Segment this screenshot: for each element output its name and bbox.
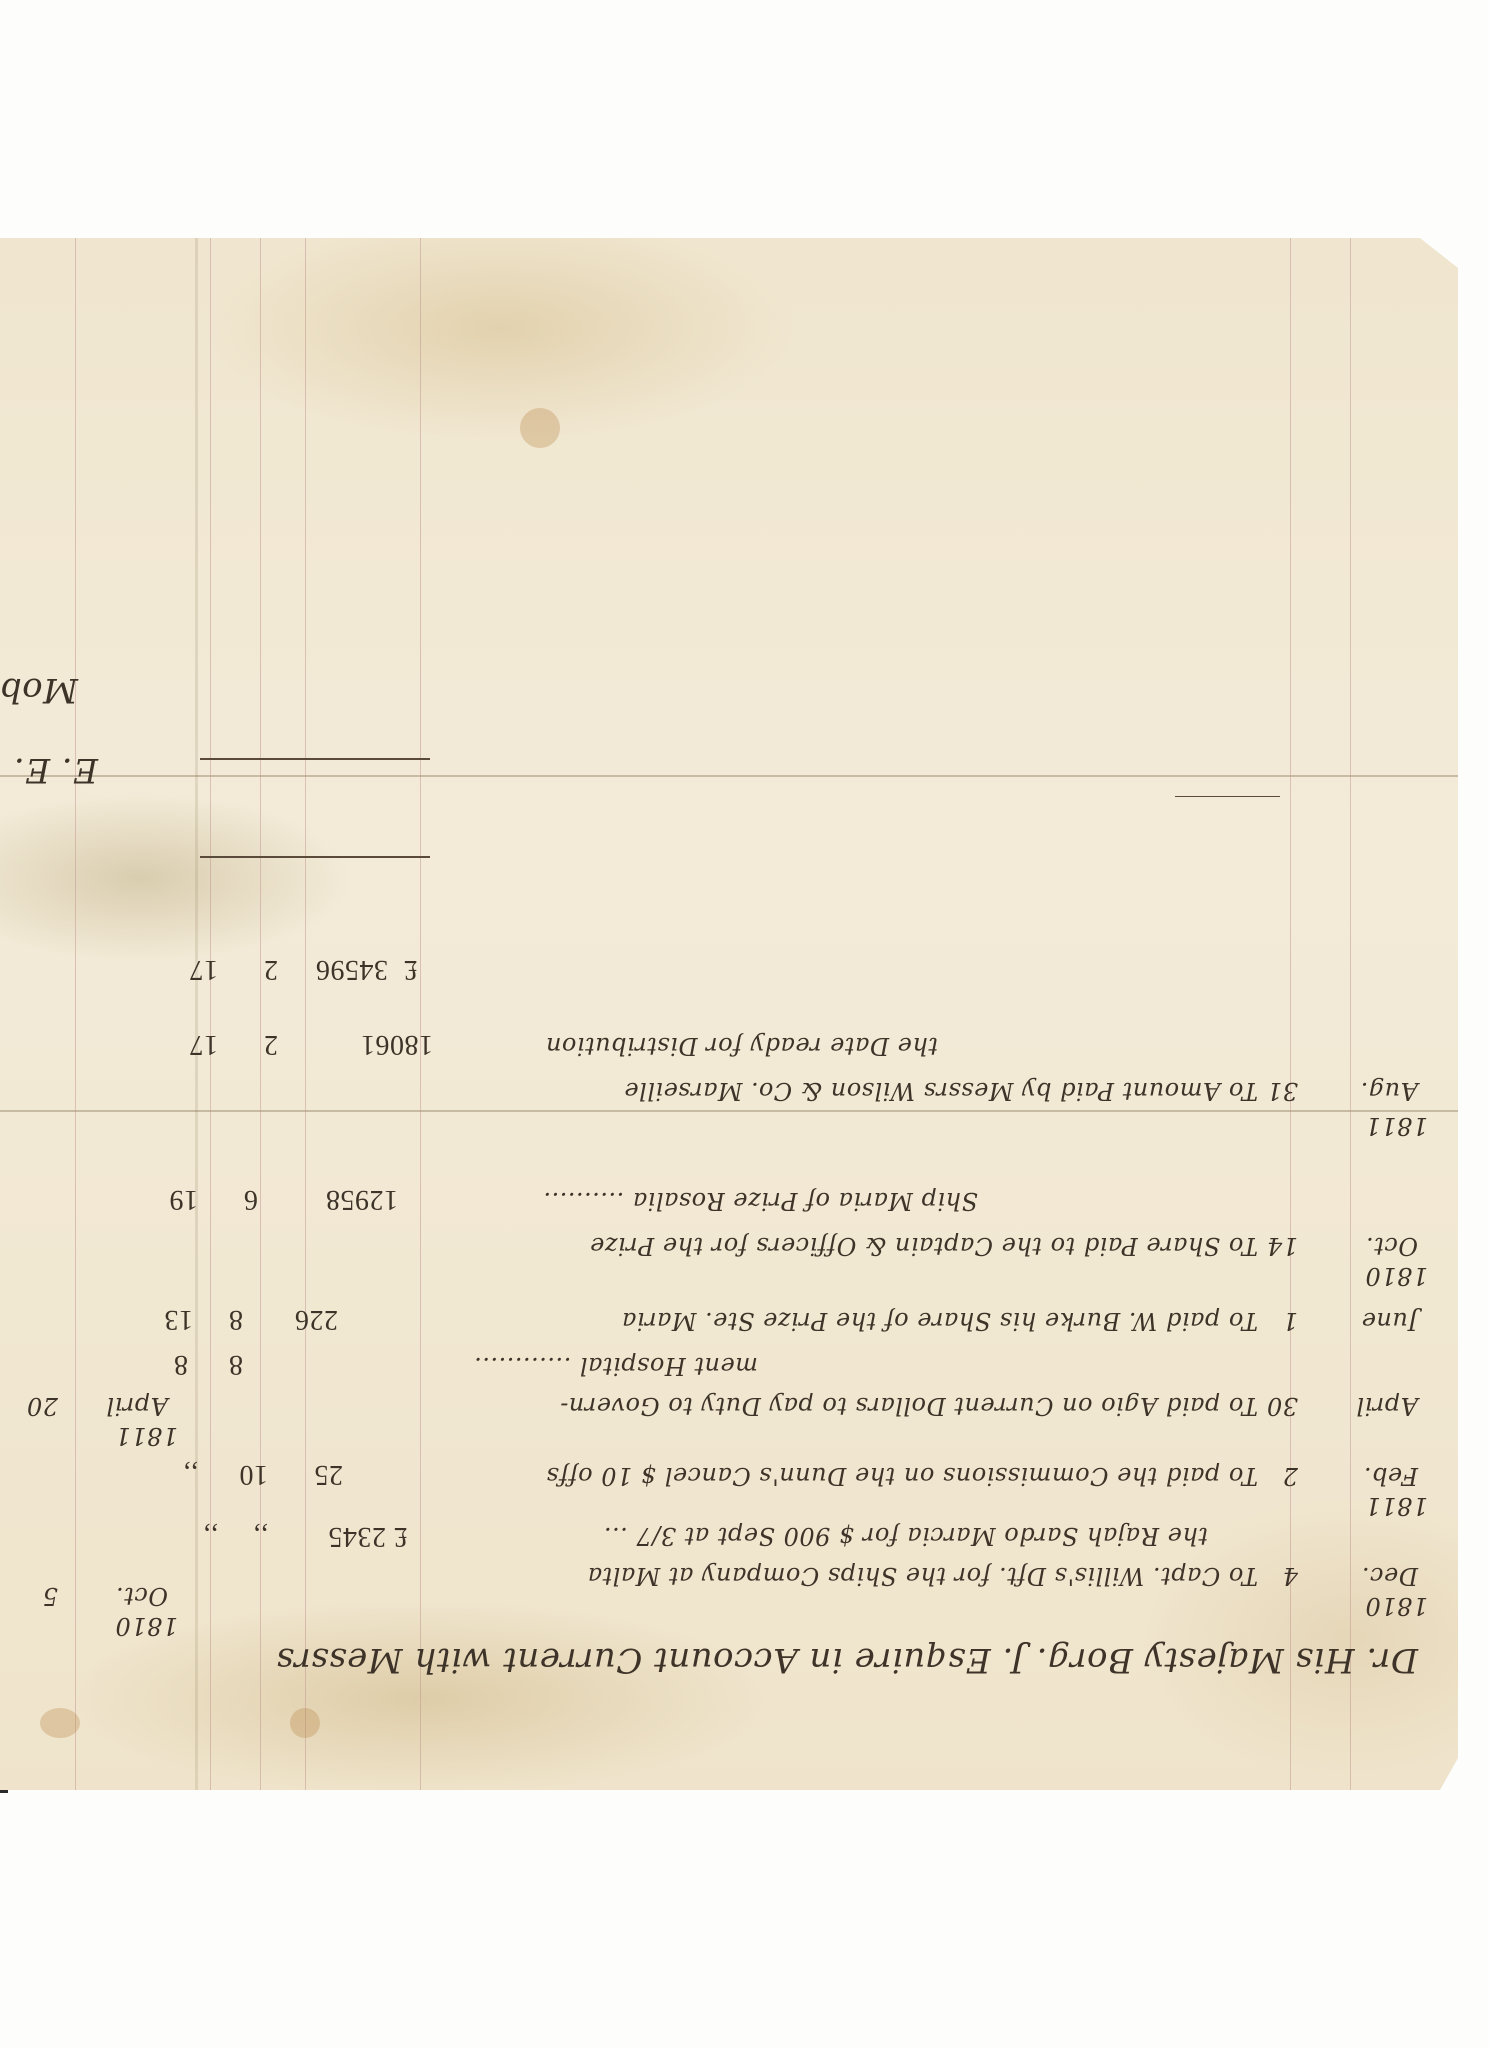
total-shillings: 2 <box>264 953 279 985</box>
entry-amount: 18061 <box>361 1028 434 1060</box>
entry-text-continued: the Rajah Sardo Marcia for $ 900 Sept at… <box>603 1522 1208 1550</box>
entry-year: 1811 <box>1365 1492 1428 1520</box>
entry-text: To Share Paid to the Captain & Officers … <box>590 1232 1258 1260</box>
total-currency: £ <box>404 953 419 985</box>
fragment-year: 1811 <box>115 1422 178 1450</box>
entry-pence: 8 <box>174 1348 189 1380</box>
entry-pence: ,, <box>183 1458 198 1490</box>
entry-day: 2 <box>1282 1462 1298 1490</box>
entry-day: 1 <box>1282 1307 1298 1335</box>
entry-day: 4 <box>1282 1562 1298 1590</box>
entry-text-continued: ment Hospital ............ <box>474 1352 758 1380</box>
entry-shillings: 8 <box>229 1303 244 1335</box>
entry-pence: 17 <box>189 1028 218 1060</box>
entry-text: To paid the Commissions on the Dunn's Ca… <box>546 1462 1258 1490</box>
entry-month: Dec. <box>1361 1562 1418 1590</box>
entry-text-continued: Ship Maria of Prize Rosalia .......... <box>543 1187 978 1215</box>
entry-month: Feb. <box>1363 1462 1418 1490</box>
entry-day: 31 <box>1266 1077 1298 1105</box>
entry-shillings: 6 <box>244 1183 259 1215</box>
fragment-day: 5 <box>42 1582 58 1610</box>
entry-text-continued: the Date ready for Distribution <box>545 1032 938 1060</box>
entry-text: To paid W. Burke his Share of the Prize … <box>622 1307 1258 1335</box>
entry-day: 30 <box>1266 1392 1298 1420</box>
ledger-content: Dr. His Majesty Borg. J. Esquire in Acco… <box>0 238 1458 1790</box>
fragment-year: 1810 <box>115 1612 178 1640</box>
entry-text: To Capt. Willis's Dft. for the Ships Com… <box>587 1562 1258 1590</box>
ledger-sheet: Dr. His Majesty Borg. J. Esquire in Acco… <box>0 238 1458 1790</box>
fragment-initials: E. E. <box>13 750 98 790</box>
entry-shillings: ,, <box>253 1520 268 1552</box>
entry-shillings: 2 <box>264 1028 279 1060</box>
entry-pence: ,, <box>203 1520 218 1552</box>
fragment-month: Oct. <box>116 1582 168 1610</box>
entry-pence: 19 <box>169 1183 198 1215</box>
entry-year: 1811 <box>1365 1112 1428 1140</box>
entry-amount: 12958 <box>326 1183 399 1215</box>
entry-month: Oct. <box>1366 1232 1418 1260</box>
entry-day: 14 <box>1266 1232 1298 1260</box>
total-pence: 17 <box>189 953 218 985</box>
entry-shillings: 10 <box>239 1458 268 1490</box>
entry-month: Aug. <box>1360 1077 1418 1105</box>
entry-month: April <box>1356 1392 1418 1420</box>
fragment-month: April <box>106 1392 168 1420</box>
entry-year: 1810 <box>1365 1592 1428 1620</box>
entry-amount: 226 <box>295 1303 339 1335</box>
entry-text: To paid Agio on Current Dollars to pay D… <box>560 1392 1258 1420</box>
entry-pence: 13 <box>164 1303 193 1335</box>
entry-amount: 25 <box>314 1458 343 1490</box>
entry-amount: £ 2345 <box>328 1520 408 1552</box>
entry-shillings: 8 <box>229 1348 244 1380</box>
entry-month: June <box>1361 1307 1418 1335</box>
total-amount: 34596 <box>316 953 389 985</box>
entry-year: 1810 <box>1365 1262 1428 1290</box>
account-heading: Dr. His Majesty Borg. J. Esquire in Acco… <box>276 1640 1418 1680</box>
fragment-day: 20 <box>26 1392 58 1420</box>
entry-text: To Amount Paid by Messrs Wilson & Co. Ma… <box>624 1077 1258 1105</box>
fragment-name: Mobile <box>0 670 78 710</box>
